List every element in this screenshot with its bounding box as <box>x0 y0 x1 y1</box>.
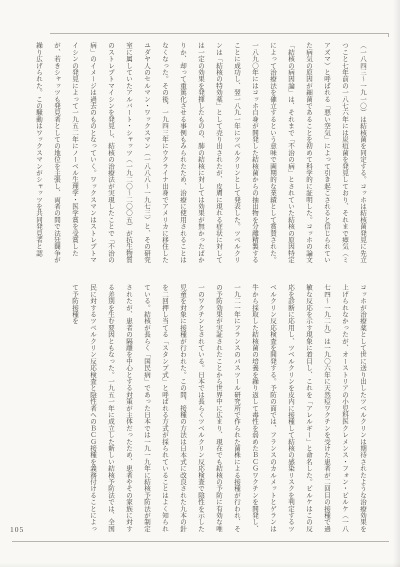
header-rule-tick <box>388 33 389 37</box>
text-block-lower: コッホが治療薬として世に送り出したツベルクリンは期待されたような治療効果を上げら… <box>29 284 371 532</box>
footer-rule <box>12 541 389 542</box>
scan-edge-shadow <box>393 0 400 567</box>
scan-bottom-shadow <box>0 562 400 567</box>
book-page: （一八四三～一九一〇）は結核菌を同定する。コッホは結核菌発見に先立つこと七年前の… <box>0 0 400 567</box>
text-block-upper: （一八四三～一九一〇）は結核菌を同定する。コッホは結核菌発見に先立つこと七年前の… <box>29 42 371 264</box>
page-number: 105 <box>10 525 24 534</box>
header-rule <box>50 33 389 34</box>
